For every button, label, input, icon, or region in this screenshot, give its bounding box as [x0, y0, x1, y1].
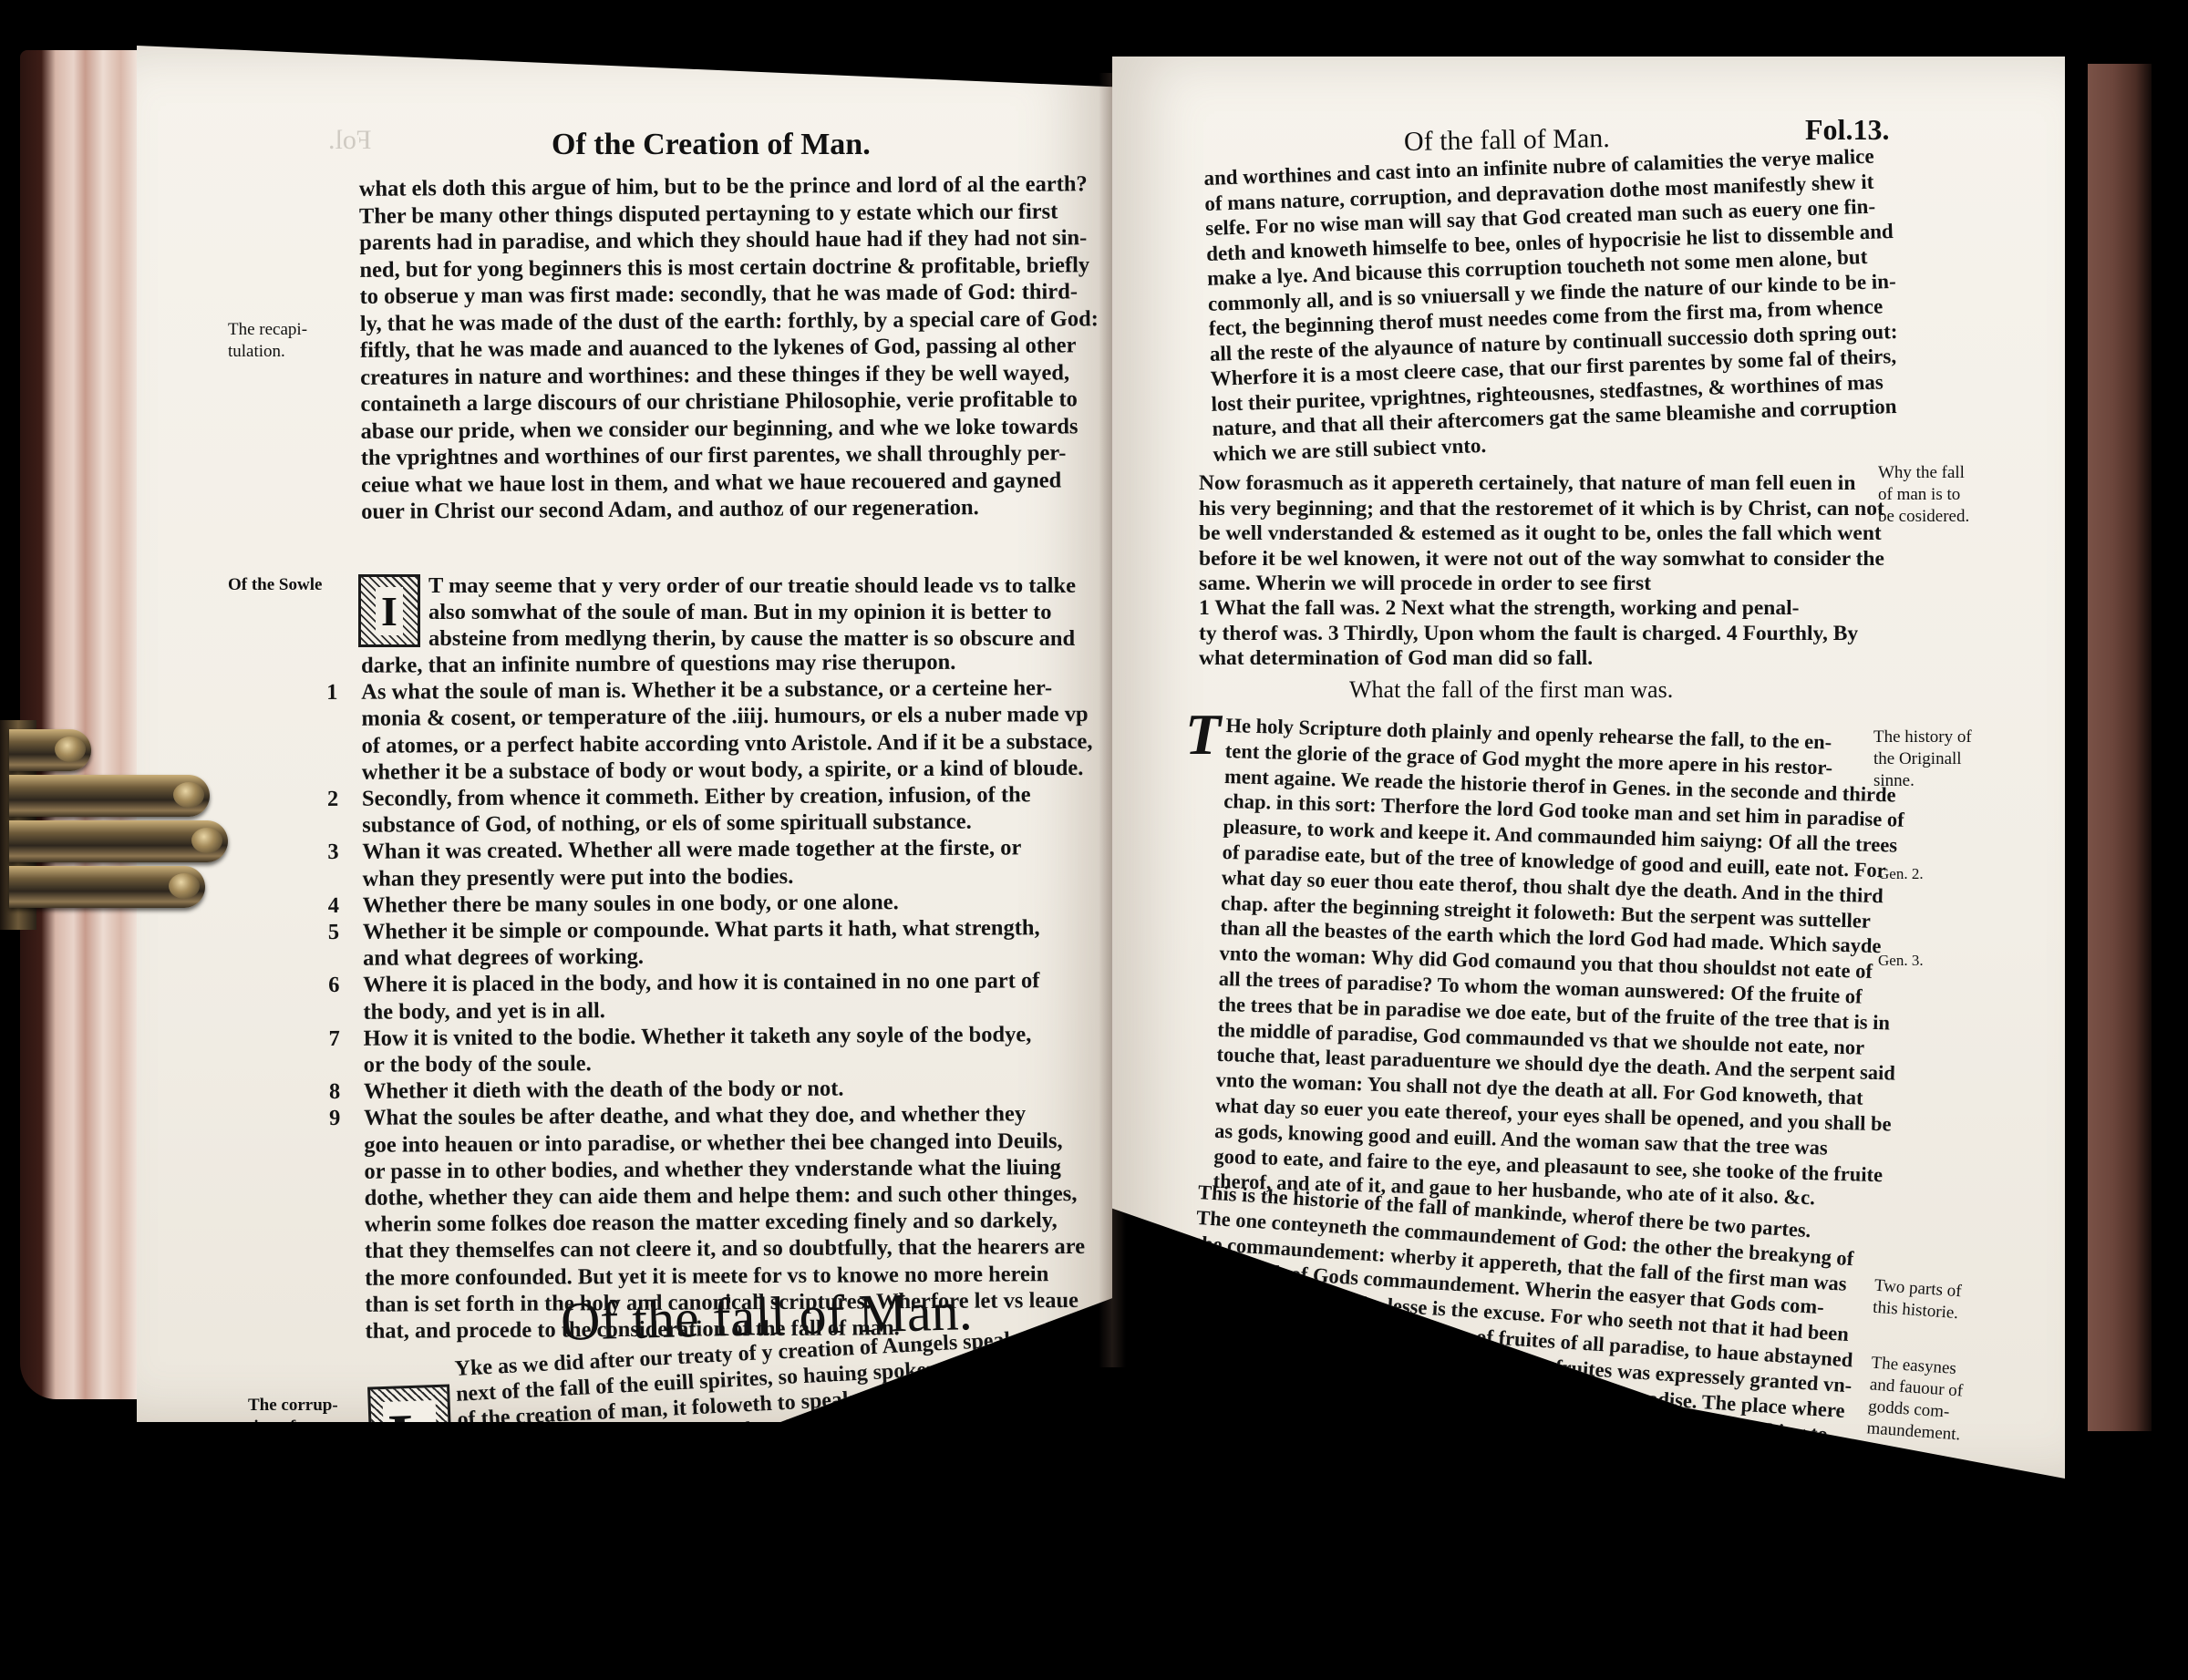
line-text: Whan it was created. Whether all were ma…	[362, 836, 1021, 864]
text-line: ty therof was. 3 Thirdly, Upon whom the …	[1199, 622, 1858, 647]
text-line: tion of oure	[248, 1417, 343, 1438]
line-text: whan they presently were put into the bo…	[362, 864, 793, 892]
text-line: 5Whether it be simple or compounde. What…	[328, 914, 1094, 945]
text-line: his very beginning; and that the restore…	[1199, 497, 1884, 522]
right-page: Of the fall of Man. Fol.13. and worthine…	[1112, 57, 2065, 1479]
right-running-head: Of the fall of Man.	[1404, 123, 1610, 158]
text-line: Gen. 2.	[1878, 863, 1924, 885]
right-paragraph-corruption: and worthines and cast into an infinite …	[1203, 143, 1902, 467]
left-paragraph-creation: what els doth this argue of him, but to …	[359, 170, 1100, 525]
text-line: be well vnderstanded & estemed as it oug…	[1199, 521, 1884, 547]
clasp-finger	[9, 820, 228, 862]
left-catchword: and	[1048, 1413, 1080, 1437]
line-text: or the body of the soule.	[364, 1051, 592, 1077]
left-running-head: Of the Creation of Man.	[552, 128, 871, 162]
margin-note-history-original-sinne: The history ofthe Originallsinne.	[1873, 727, 1972, 792]
left-paragraph-soule-lead: T may seeme that y very order of our tre…	[428, 572, 1076, 652]
text-line: ouer in Christ our second Adam, and auth…	[361, 493, 1099, 525]
list-number: 8	[329, 1078, 364, 1105]
list-number: 2	[327, 786, 362, 812]
list-number: 5	[328, 919, 363, 945]
line-text: Secondly, from whence it commeth. Either…	[362, 782, 1031, 810]
book-fore-edge-right	[2088, 64, 2152, 1431]
margin-note-gen-3: Gen. 3.	[1878, 950, 1924, 972]
clasp-finger	[9, 866, 205, 908]
text-line: The history of	[1873, 727, 1972, 748]
list-number: 3	[327, 839, 362, 865]
text-line: that they themselfes can not cleere it, …	[330, 1233, 1096, 1264]
margin-note-why-fall: Why the fallof man is tobe cosidered.	[1878, 462, 1969, 528]
line-text: As what the soule of man is. Whether it …	[361, 675, 1052, 705]
text-line: 6Where it is placed in the body, and how…	[328, 967, 1094, 998]
text-line: Now forasmuch as it appereth certainely,…	[1199, 471, 1884, 497]
right-paragraph-two-parts: This is the historie of the fall of mank…	[1184, 1180, 1862, 1448]
margin-note-recapitulation: The recapi-tulation.	[228, 319, 307, 363]
line-text: whether it be a substace of body or wout…	[362, 756, 1084, 785]
text-line: sinne.	[1873, 770, 1972, 792]
line-text: goe into heauen or into paradise, or whe…	[364, 1129, 1062, 1158]
margin-note-two-parts: Two parts ofthis historie.	[1872, 1275, 1962, 1325]
decorated-initial-I: I	[358, 574, 420, 647]
subheading-what-the-fall-was: What the fall of the first man was.	[1349, 676, 1673, 704]
right-paragraph-consider: Now forasmuch as it appereth certainely,…	[1199, 471, 1884, 597]
text-line: The recapi-	[228, 319, 307, 341]
text-line: mankynde	[248, 1482, 343, 1504]
line-text: What the soules be after deathe, and wha…	[364, 1102, 1026, 1130]
text-line: The corrup-	[248, 1395, 343, 1417]
text-line: 2Secondly, from whence it commeth. Eithe…	[327, 781, 1093, 812]
left-page: Of the Creation of Man. Fol. what els do…	[137, 46, 1112, 1422]
left-paragraph-soule-questions: darke, that an infinite numbre of questi…	[326, 648, 1096, 1345]
text-line: Why the fall	[1878, 462, 1969, 484]
line-text: and what degrees of working.	[363, 944, 644, 971]
line-text: Whether it be simple or compounde. What …	[363, 915, 1040, 944]
initial-letter: I	[376, 587, 403, 635]
margin-note-gen-2: Gen. 2.	[1878, 863, 1924, 885]
line-text: How it is vnited to the bodie. Whether i…	[364, 1022, 1032, 1050]
right-paragraph-scripture: He holy Scripture doth plainly and openl…	[1213, 713, 1906, 1213]
margin-note-corruption: The corrup-tion of ourenature dothedecla…	[248, 1395, 343, 1526]
show-through-folio: Fol.	[328, 129, 372, 151]
decorated-initial-L: L	[367, 1384, 453, 1490]
text-line: 9What the soules be after deathe, and wh…	[329, 1100, 1095, 1131]
clasp-thumb	[9, 729, 91, 771]
text-line: tulation.	[228, 341, 307, 363]
photo-background: Of the Creation of Man. Fol. what els do…	[0, 0, 2188, 1680]
line-text: Whether there be many soules in one body…	[363, 890, 899, 918]
line-text: dothe, whether they can aide them and he…	[365, 1181, 1078, 1211]
margin-note-easynes: The easynesand fauour ofgodds com-maunde…	[1866, 1353, 1966, 1447]
list-number: 4	[328, 892, 363, 919]
left-paragraph-fall-opening: Yke as we did after our treaty of y crea…	[454, 1326, 1041, 1458]
text-line: before it be wel knowen, it were not out…	[1199, 547, 1884, 572]
list-number: 1	[326, 679, 361, 706]
text-line: the Originall	[1873, 748, 1972, 770]
line-text: Where it is placed in the body, and how …	[363, 969, 1039, 998]
right-catchword: suffice	[1851, 1451, 1906, 1475]
text-line: fell.	[248, 1504, 343, 1526]
clasp-finger	[9, 775, 210, 817]
text-line: declare that	[248, 1460, 343, 1482]
text-line: of man is to	[1878, 484, 1969, 506]
text-line: same. Wherin we will procede in order to…	[1199, 572, 1884, 597]
text-line: Of the Sowle	[228, 574, 322, 596]
text-line: 7How it is vnited to the bodie. Whether …	[328, 1021, 1094, 1052]
text-line: also somwhat of the soule of man. But in…	[428, 599, 1076, 625]
text-line: 1 What the fall was. 2 Next what the str…	[1199, 596, 1858, 622]
text-line: ceiue what we haue lost in them, and wha…	[361, 467, 1099, 499]
text-line: Gen. 3.	[1878, 950, 1924, 972]
folio-number: Fol.13.	[1805, 113, 1889, 147]
right-list-points: 1 What the fall was. 2 Next what the str…	[1199, 596, 1858, 672]
text-line: 3Whan it was created. Whether all were m…	[327, 834, 1093, 865]
line-text: darke, that an infinite numbre of questi…	[361, 650, 955, 678]
list-number: 7	[328, 1026, 363, 1052]
text-line: what determination of God man did so fal…	[1199, 646, 1858, 672]
initial-letter: L	[382, 1400, 438, 1475]
line-text: of atomes, or a perfect habite according…	[362, 728, 1093, 758]
list-number: 9	[329, 1105, 364, 1131]
text-line: monia & cosent, or temperature of the .i…	[326, 701, 1092, 732]
text-line: T may seeme that y very order of our tre…	[428, 572, 1076, 599]
list-number: 6	[328, 972, 363, 998]
brass-hand-clasp	[0, 720, 228, 930]
margin-note-of-the-soule: Of the Sowle	[228, 574, 322, 596]
drop-initial-T: T	[1185, 706, 1221, 764]
line-text: substance of God, of nothing, or els of …	[362, 809, 972, 838]
text-line: nature dothe	[248, 1438, 343, 1460]
line-text: the body, and yet is in all.	[363, 998, 605, 1025]
line-text: that they themselfes can not cleere it, …	[365, 1234, 1085, 1263]
line-text: wherin some folkes doe reason the matter…	[365, 1208, 1058, 1237]
line-text: monia & cosent, or temperature of the .i…	[361, 702, 1088, 731]
line-text: or passe in to other bodies, and whether…	[364, 1155, 1061, 1184]
text-line: be cosidered.	[1878, 506, 1969, 528]
line-text: Whether it dieth with the death of the b…	[364, 1077, 844, 1104]
